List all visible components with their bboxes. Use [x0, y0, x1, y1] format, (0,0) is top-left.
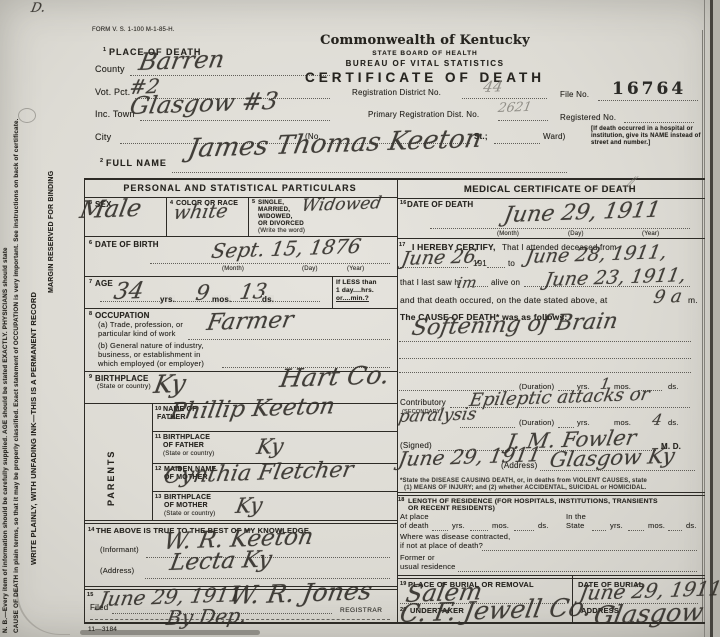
dotted-line — [628, 530, 644, 531]
commonwealth-title: Commonwealth of Kentucky — [295, 33, 555, 48]
residence-number: 18 — [398, 497, 405, 503]
rule-right-border — [702, 30, 703, 623]
if-less-line1: If LESS than — [336, 279, 377, 286]
occupation-a-value: Farmer — [205, 309, 295, 335]
age-number: 7 — [89, 279, 92, 285]
marital-note: (Write the word) — [258, 227, 305, 234]
burial-number: 19 — [400, 581, 407, 587]
undertaker-address-value: Glasgow — [592, 599, 705, 628]
occupation-b-line3: which employed (or employer) — [98, 360, 204, 369]
secondary-duration-ds: ds. — [668, 419, 679, 428]
dob-label: DATE OF BIRTH — [95, 240, 159, 249]
birthplace-value-state: Ky — [152, 371, 188, 397]
dob-year-caption: (Year) — [347, 266, 364, 273]
residence-label-line2: OR RECENT RESIDENTS) — [408, 505, 495, 512]
occupation-a-line2: particular kind of work — [98, 330, 176, 339]
attended-from-value: June 26, — [400, 247, 484, 269]
dod-label: DATE OF DEATH — [407, 200, 473, 209]
father-birthplace-value: Ky — [255, 436, 285, 458]
rule-double-line — [397, 492, 705, 493]
marital-value: Widowed — [300, 195, 383, 215]
dod-value: June 29, 1911 — [502, 200, 662, 227]
filed-number: 15 — [87, 592, 94, 598]
dob-number: 6 — [89, 240, 92, 246]
county-label: County — [95, 64, 125, 74]
dob-value: Sept. 15, 1876 — [210, 236, 363, 261]
last-saw-label: that I last saw h — [400, 278, 459, 287]
birthplace-label: BIRTHPLACE — [95, 374, 149, 383]
death-certificate-scan: N. B.—Every item of information should b… — [0, 0, 720, 637]
cause-of-death-value: Softening of Brain — [410, 311, 619, 340]
mother-birthplace-value: Ky — [234, 495, 264, 517]
rule-line — [152, 431, 397, 432]
certificate-title: CERTIFICATE OF DEATH — [295, 70, 555, 85]
color-number: 4 — [170, 200, 173, 206]
dotted-line — [470, 530, 488, 531]
dotted-line — [487, 267, 505, 268]
occupation-number: 8 — [89, 311, 92, 317]
dotted-line — [430, 228, 690, 229]
informant-address-value: Lecta Ky — [168, 548, 274, 575]
mother-birthplace-label1: BIRTHPLACE — [164, 494, 211, 502]
marital-line3: WIDOWED, — [258, 213, 293, 220]
personal-section-title: PERSONAL AND STATISTICAL PARTICULARS — [90, 183, 390, 193]
mother-birthplace-note: (State or country) — [164, 510, 215, 517]
dotted-line — [624, 122, 694, 123]
county-value: Barren — [137, 47, 226, 74]
rule-line — [397, 238, 705, 239]
dotted-line — [188, 339, 390, 340]
dotted-line — [399, 358, 691, 359]
dotted-line — [592, 530, 606, 531]
mother-number: 12 — [155, 466, 162, 472]
rule-line — [84, 276, 397, 277]
rule-cell-divider — [248, 197, 249, 236]
rule-cell-divider — [332, 276, 333, 308]
mother-birthplace-label2: OF MOTHER — [164, 502, 208, 510]
birthplace-note: (State or country) — [97, 383, 151, 391]
dod-day-caption: (Day) — [568, 231, 584, 238]
contracted-line2: if not at place of death? — [400, 542, 483, 551]
vot-pct-label: Vot. Pct. — [95, 87, 130, 97]
undertaker-value: C. F. Jewell Co. — [398, 594, 594, 626]
age-mos-label: mos. — [212, 295, 231, 304]
age-label: AGE — [95, 279, 113, 288]
rule-center-divider — [397, 178, 398, 623]
mother-birthplace-number: 13 — [155, 494, 162, 500]
rule-double-line — [397, 495, 705, 496]
marital-line2: MARRIED, — [258, 206, 290, 213]
registrar-signature: W. R. Jones — [228, 578, 374, 608]
birthplace-value-county: Hart Co. — [278, 362, 392, 391]
dotted-line — [432, 530, 448, 531]
secondary-duration-label: (Duration) — [519, 419, 554, 428]
street-ward-label: Ward) — [543, 132, 565, 141]
scan-edge-strip — [713, 0, 720, 637]
to-label: to — [508, 259, 515, 268]
form-code: 11—3184 — [88, 626, 117, 634]
dotted-line — [399, 372, 691, 373]
at-place-line2: of death — [400, 522, 429, 531]
informant-number: 14 — [88, 527, 95, 533]
age-years-value: 34 — [112, 280, 146, 304]
at-place-ds: ds. — [538, 522, 549, 531]
informant-label: (Informant) — [100, 546, 139, 555]
dotted-line — [498, 120, 548, 121]
former-line2: usual residence — [400, 563, 456, 572]
dob-day-caption: (Day) — [302, 266, 318, 273]
rule-double-line — [397, 575, 705, 576]
dod-month-caption: (Month) — [497, 231, 519, 238]
attended-to-value: June 28, 1911, — [524, 243, 668, 267]
marital-line4: OR DIVORCED — [258, 220, 304, 227]
in-the-line2: State — [566, 522, 585, 531]
section1-number: 1 — [103, 47, 106, 53]
marital-number: 5 — [252, 199, 255, 205]
if-less-line3: or....min.? — [336, 295, 369, 302]
birthplace-number: 9 — [89, 374, 92, 380]
rule-left-border — [84, 178, 85, 623]
dotted-line — [172, 172, 567, 173]
rule-line — [152, 491, 397, 492]
father-birthplace-number: 11 — [155, 434, 161, 440]
color-race-value: white — [172, 202, 229, 223]
mother-value: Cynthia Fletcher — [162, 459, 355, 488]
dod-number: 16 — [400, 200, 407, 206]
city-label: City — [95, 132, 111, 142]
secondary-duration-ds-value: 4 — [651, 413, 663, 428]
him-value: im — [456, 275, 478, 291]
death-occurred-label: and that death occured, on the date stat… — [400, 296, 607, 306]
registered-no-label: Registered No. — [560, 113, 616, 122]
marital-line1: SINGLE, — [258, 199, 284, 206]
occupation-label: OCCUPATION — [95, 311, 150, 320]
printed-191-a: 191 — [473, 259, 487, 268]
dotted-line — [482, 550, 697, 551]
scan-edge-line — [704, 0, 705, 637]
dotted-line — [494, 143, 540, 144]
rule-header-divider — [84, 178, 705, 180]
rule-double-line — [84, 520, 397, 521]
parents-label: PARENTS — [106, 426, 116, 506]
dotted-line — [460, 427, 515, 428]
father-birthplace-label2: OF FATHER — [163, 442, 204, 450]
margin-note-write-plainly: WRITE PLAINLY, WITH UNFADING INK—THIS IS… — [30, 95, 39, 565]
death-time-m-label: m. — [688, 296, 698, 306]
cause-footnote-line1: *State the DISEASE CAUSING DEATH, or, in… — [400, 478, 647, 484]
father-number: 10 — [155, 406, 162, 412]
rule-double-line — [84, 523, 397, 524]
father-birthplace-note: (State or country) — [163, 450, 214, 457]
dotted-line — [140, 120, 330, 121]
primary-registration-value: 2621 — [497, 101, 533, 115]
dotted-line — [668, 530, 682, 531]
primary-registration-label: Primary Registration Dist. No. — [368, 110, 479, 119]
death-time-value: 9 a — [652, 288, 683, 307]
sex-value: Male — [78, 196, 143, 222]
file-no-label: File No. — [560, 90, 589, 99]
margin-note-reserved: MARGIN RESERVED FOR BINDING — [48, 8, 56, 293]
cause-footnote-line2: (1) MEANS OF INJURY; and (2) whether ACC… — [404, 485, 646, 491]
secondary-value: paralysis — [397, 406, 478, 426]
full-name-value: James Thomas Keeton — [186, 126, 484, 162]
secondary-duration-yrs: yrs. — [577, 419, 590, 428]
rule-cell-divider — [166, 197, 167, 236]
registration-district-label: Registration District No. — [352, 88, 441, 97]
age-yrs-label: yrs. — [160, 295, 175, 304]
hospital-note: [If death occurred in a hospital or inst… — [591, 126, 705, 147]
dod-year-caption: (Year) — [642, 231, 659, 238]
in-state-ds: ds. — [686, 522, 697, 531]
dotted-line — [399, 341, 691, 342]
dotted-line — [462, 98, 547, 99]
page-curl — [16, 586, 70, 635]
dotted-line — [514, 530, 534, 531]
file-no-value: 16764 — [612, 79, 686, 99]
bureau-line: BUREAU OF VITAL STATISTICS — [295, 59, 555, 68]
registrar-label: REGISTRAR — [340, 607, 382, 614]
in-state-mos: mos. — [648, 522, 665, 531]
form-number: FORM V. S. 1-100 M-1-85-H. — [92, 27, 175, 34]
corner-mark: D. — [30, 2, 46, 15]
dotted-line — [150, 263, 390, 264]
at-place-mos: mos. — [492, 522, 509, 531]
father-birthplace-label1: BIRTHPLACE — [163, 434, 210, 442]
full-name-label: FULL NAME — [106, 158, 167, 168]
in-state-yrs: yrs. — [610, 522, 623, 531]
medical-section-title: MEDICAL CERTIFICATE OF DEATH — [415, 184, 685, 195]
signed-address-value: Glasgow Ky — [548, 446, 676, 471]
full-name-number: 2 — [100, 158, 103, 164]
state-board-line: STATE BOARD OF HEALTH — [295, 50, 555, 57]
alive-on-label: alive on — [491, 278, 520, 287]
informant-address-label: (Address) — [100, 567, 134, 576]
father-value: Phillip Keeton — [168, 395, 337, 424]
age-ds-label: ds. — [262, 295, 274, 304]
signed-address-label: (Address) — [501, 461, 537, 470]
dob-month-caption: (Month) — [222, 266, 244, 273]
rule-parents-divider — [152, 403, 153, 521]
if-less-line2: 1 day....hrs. — [336, 287, 374, 294]
inc-town-value: Glasgow #3 — [128, 89, 280, 118]
at-place-yrs: yrs. — [452, 522, 465, 531]
dotted-line — [470, 286, 488, 287]
deputy-signature: By Dep. — [165, 605, 248, 628]
margin-note-nb-line2: CAUSE OF DEATH in plain terms, so that i… — [13, 55, 21, 633]
dotted-line — [458, 571, 697, 572]
margin-note-nb-line1: N. B.—Every item of information should b… — [2, 55, 10, 633]
registration-district-value: 44 — [482, 79, 504, 95]
residence-label-line1: LENGTH OF RESIDENCE (FOR HOSPITALS, INST… — [408, 498, 658, 505]
cause-duration-ds: ds. — [668, 383, 679, 392]
dotted-line — [598, 100, 698, 101]
